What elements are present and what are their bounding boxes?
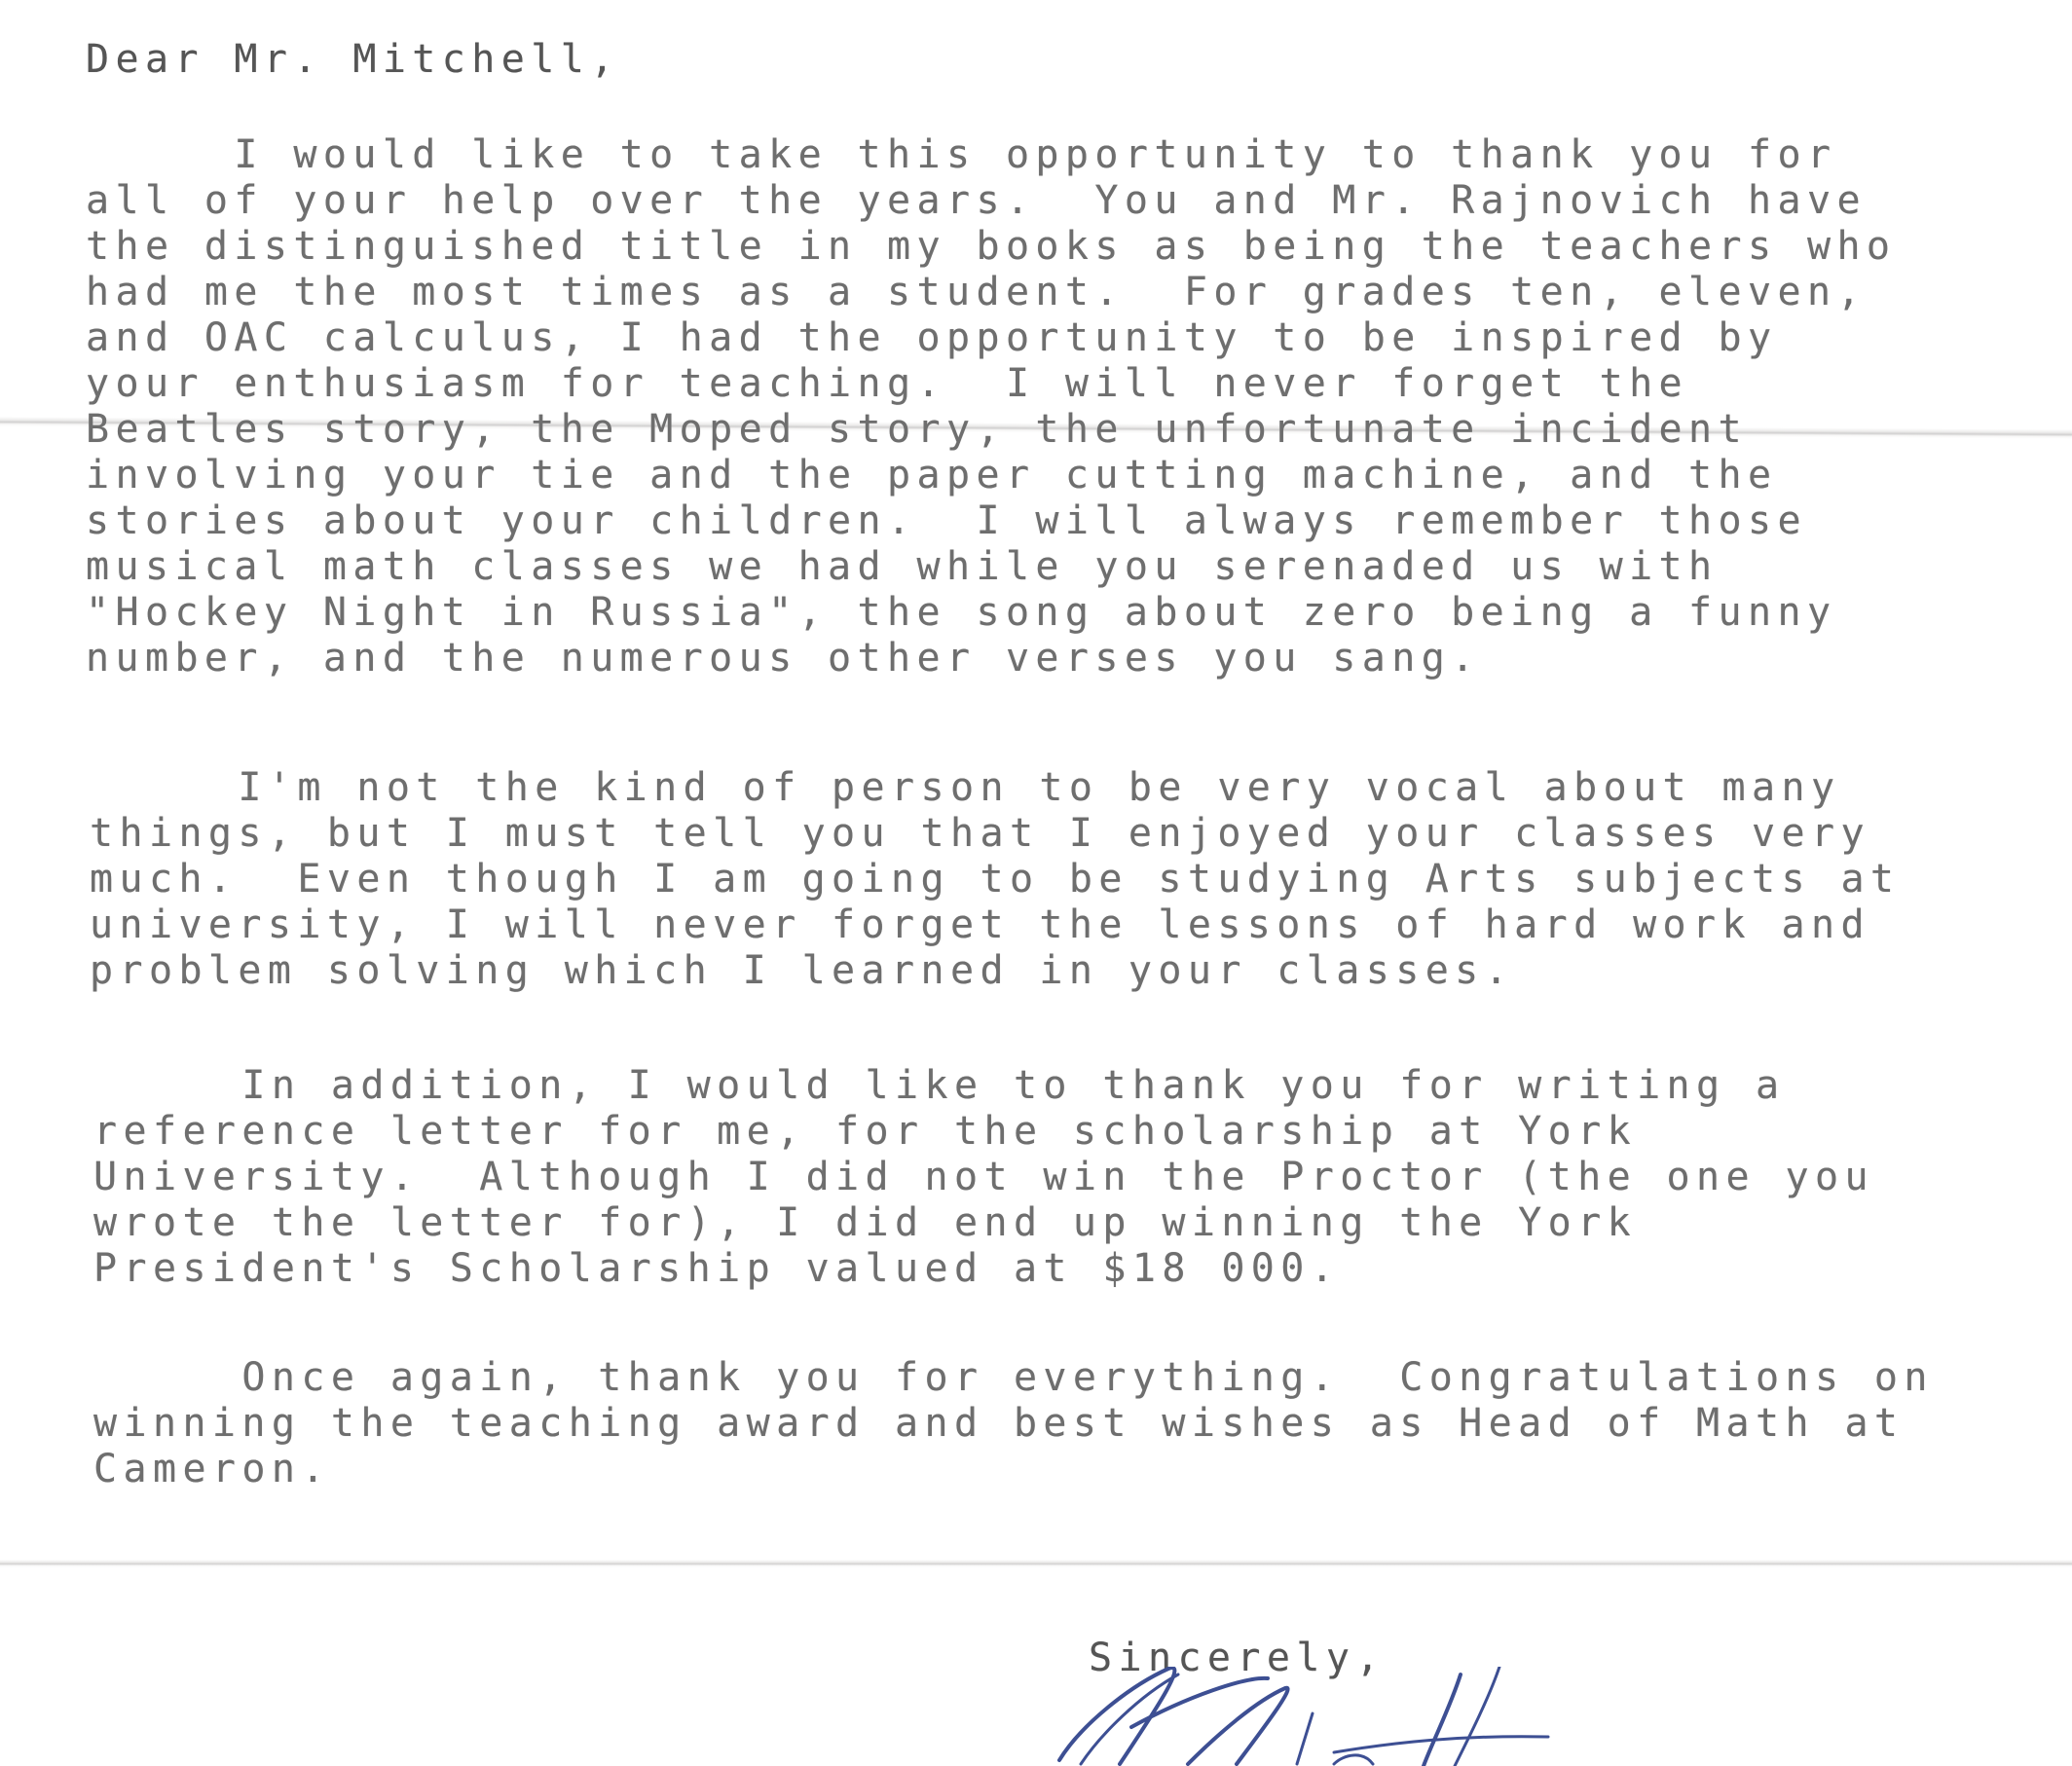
letter-line: Beatles story, the Moped story, the unfo…	[86, 407, 1896, 453]
letter-line: all of your help over the years. You and…	[86, 178, 1896, 224]
letter-line: had me the most times as a student. For …	[86, 270, 1896, 315]
letter-line: wrote the letter for), I did end up winn…	[93, 1200, 1874, 1246]
paragraph-3: In addition, I would like to thank you f…	[93, 1063, 1874, 1292]
letter-line: I would like to take this opportunity to…	[86, 132, 1896, 178]
letter-line: and OAC calculus, I had the opportunity …	[86, 315, 1896, 361]
letter-line: number, and the numerous other verses yo…	[86, 636, 1896, 681]
letter-line: In addition, I would like to thank you f…	[93, 1063, 1874, 1109]
letter-line: involving your tie and the paper cutting…	[86, 453, 1896, 498]
letter-page: Dear Mr. Mitchell, I would like to take …	[0, 0, 2072, 1766]
letter-line: much. Even though I am going to be study…	[90, 857, 1900, 902]
letter-line: the distinguished title in my books as b…	[86, 224, 1896, 270]
letter-line: musical math classes we had while you se…	[86, 544, 1896, 590]
letter-line: winning the teaching award and best wish…	[93, 1401, 1934, 1447]
signature-icon	[1042, 1667, 1665, 1766]
letter-line: Cameron.	[93, 1447, 1934, 1492]
letter-line: Once again, thank you for everything. Co…	[93, 1355, 1934, 1401]
paper-fold-line	[0, 1560, 2072, 1567]
letter-line: University. Although I did not win the P…	[93, 1155, 1874, 1200]
letter-line: problem solving which I learned in your …	[90, 948, 1900, 994]
letter-line: university, I will never forget the less…	[90, 902, 1900, 948]
salutation: Dear Mr. Mitchell,	[86, 37, 620, 83]
paragraph-2: I'm not the kind of person to be very vo…	[90, 765, 1900, 994]
letter-line: stories about your children. I will alwa…	[86, 498, 1896, 544]
paragraph-1: I would like to take this opportunity to…	[86, 132, 1896, 681]
letter-line: President's Scholarship valued at $18 00…	[93, 1246, 1874, 1292]
letter-line: things, but I must tell you that I enjoy…	[90, 811, 1900, 857]
letter-line: your enthusiasm for teaching. I will nev…	[86, 361, 1896, 407]
letter-line: reference letter for me, for the scholar…	[93, 1109, 1874, 1155]
letter-line: "Hockey Night in Russia", the song about…	[86, 590, 1896, 636]
letter-line: I'm not the kind of person to be very vo…	[90, 765, 1900, 811]
paragraph-4: Once again, thank you for everything. Co…	[93, 1355, 1934, 1492]
